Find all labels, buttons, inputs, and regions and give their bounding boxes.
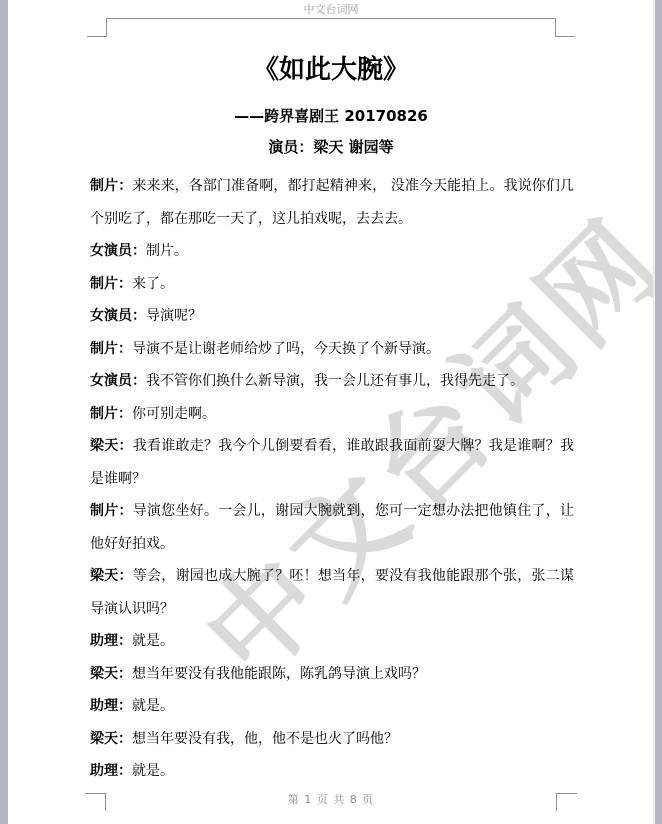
speaker-name: 梁天：: [90, 731, 132, 747]
speech-text: 导演不是让谢老师给炒了吗，今天换了个新导演。: [132, 341, 440, 357]
dialogue-line: 女演员：导演呢？: [90, 300, 574, 333]
app-edge-right[interactable]: [653, 0, 662, 824]
dialogue-line: 梁天：想当年要没有我他能跟陈，陈乳鸽导演上戏吗？: [90, 658, 574, 691]
speaker-name: 制片：: [90, 178, 132, 194]
speaker-name: 梁天：: [90, 666, 132, 682]
app-edge-left: [0, 0, 8, 824]
speaker-name: 助理：: [90, 763, 132, 779]
speaker-name: 助理：: [90, 633, 132, 649]
dialogue-line: 助理：就是。: [90, 755, 574, 788]
speaker-name: 女演员：: [90, 308, 146, 324]
page-footer: 第 1 页 共 8 页: [0, 792, 662, 807]
speaker-name: 助理：: [90, 698, 132, 714]
dialogue-line: 制片：你可别走啊。: [90, 398, 574, 431]
page-header: 中文台词网: [0, 3, 662, 17]
dialogue-line: 梁天：想当年要没有我，他，他不是也火了吗他？: [90, 723, 574, 756]
dialogue-line: 助理：就是。: [90, 625, 574, 658]
speaker-name: 梁天：: [90, 568, 133, 584]
dialogue-list: 制片：来来来，各部门准备啊，都打起精神来， 没准今天能拍上。我说你们几个别吃了，…: [90, 170, 574, 788]
dialogue-line: 梁天：等会，谢园也成大腕了？呸！想当年，要没有我他能跟那个张，张二谋导演认识吗？: [90, 560, 574, 625]
speaker-name: 女演员：: [90, 373, 146, 389]
dialogue-line: 助理：就是。: [90, 690, 574, 723]
speech-text: 想当年要没有我，他，他不是也火了吗他？: [132, 731, 398, 747]
speaker-name: 梁天：: [90, 438, 133, 454]
speech-text: 就是。: [132, 633, 174, 649]
dialogue-line: 女演员：我不管你们换什么新导演，我一会儿还有事儿，我得先走了。: [90, 365, 574, 398]
speech-text: 等会，谢园也成大腕了？呸！想当年，要没有我他能跟那个张，张二谋导演认识吗？: [90, 568, 574, 617]
speech-text: 导演呢？: [146, 308, 202, 324]
document-title: 《如此大腕》: [90, 52, 572, 88]
dialogue-line: 制片：来来来，各部门准备啊，都打起精神来， 没准今天能拍上。我说你们几个别吃了，…: [90, 170, 574, 235]
dialogue-line: 制片：导演不是让谢老师给炒了吗，今天换了个新导演。: [90, 333, 574, 366]
speaker-name: 制片：: [90, 276, 132, 292]
speaker-name: 制片：: [90, 341, 132, 357]
speaker-name: 女演员：: [90, 243, 146, 259]
speech-text: 我不管你们换什么新导演，我一会儿还有事儿，我得先走了。: [146, 373, 524, 389]
dialogue-line: 制片：来了。: [90, 268, 574, 301]
speaker-name: 制片：: [90, 406, 132, 422]
dialogue-line: 梁天：我看谁敢走？我今个儿倒要看看，谁敢跟我面前耍大牌？我是谁啊？我是谁啊？: [90, 430, 574, 495]
speech-text: 来来来，各部门准备啊，都打起精神来， 没准今天能拍上。我说你们几个别吃了，都在那…: [90, 178, 574, 227]
speaker-name: 制片：: [90, 503, 133, 519]
header-site-name: 中文台词网: [304, 3, 359, 16]
speech-text: 我看谁敢走？我今个儿倒要看看，谁敢跟我面前耍大牌？我是谁啊？我是谁啊？: [90, 438, 574, 487]
cast-line: 演员：梁天 谢园等: [90, 137, 572, 157]
dialogue-line: 女演员：制片。: [90, 235, 574, 268]
speech-text: 来了。: [132, 276, 174, 292]
dialogue-line: 制片：导演您坐好。一会儿，谢园大腕就到，您可一定想办法把他镇住了，让他好好拍戏。: [90, 495, 574, 560]
document-subtitle: ——跨界喜剧王 20170826: [90, 106, 572, 126]
speech-text: 你可别走啊。: [132, 406, 216, 422]
speech-text: 就是。: [132, 763, 174, 779]
speech-text: 就是。: [132, 698, 174, 714]
page-number-indicator: 第 1 页 共 8 页: [288, 793, 374, 806]
document-viewer: 中文台词网 中文台词网 《如此大腕》 ——跨界喜剧王 20170826 演员：梁…: [0, 0, 662, 824]
speech-text: 制片。: [146, 243, 188, 259]
document-page: 中文台词网 中文台词网 《如此大腕》 ——跨界喜剧王 20170826 演员：梁…: [0, 0, 662, 824]
speech-text: 想当年要没有我他能跟陈，陈乳鸽导演上戏吗？: [132, 666, 426, 682]
speech-text: 导演您坐好。一会儿，谢园大腕就到，您可一定想办法把他镇住了，让他好好拍戏。: [90, 503, 574, 552]
